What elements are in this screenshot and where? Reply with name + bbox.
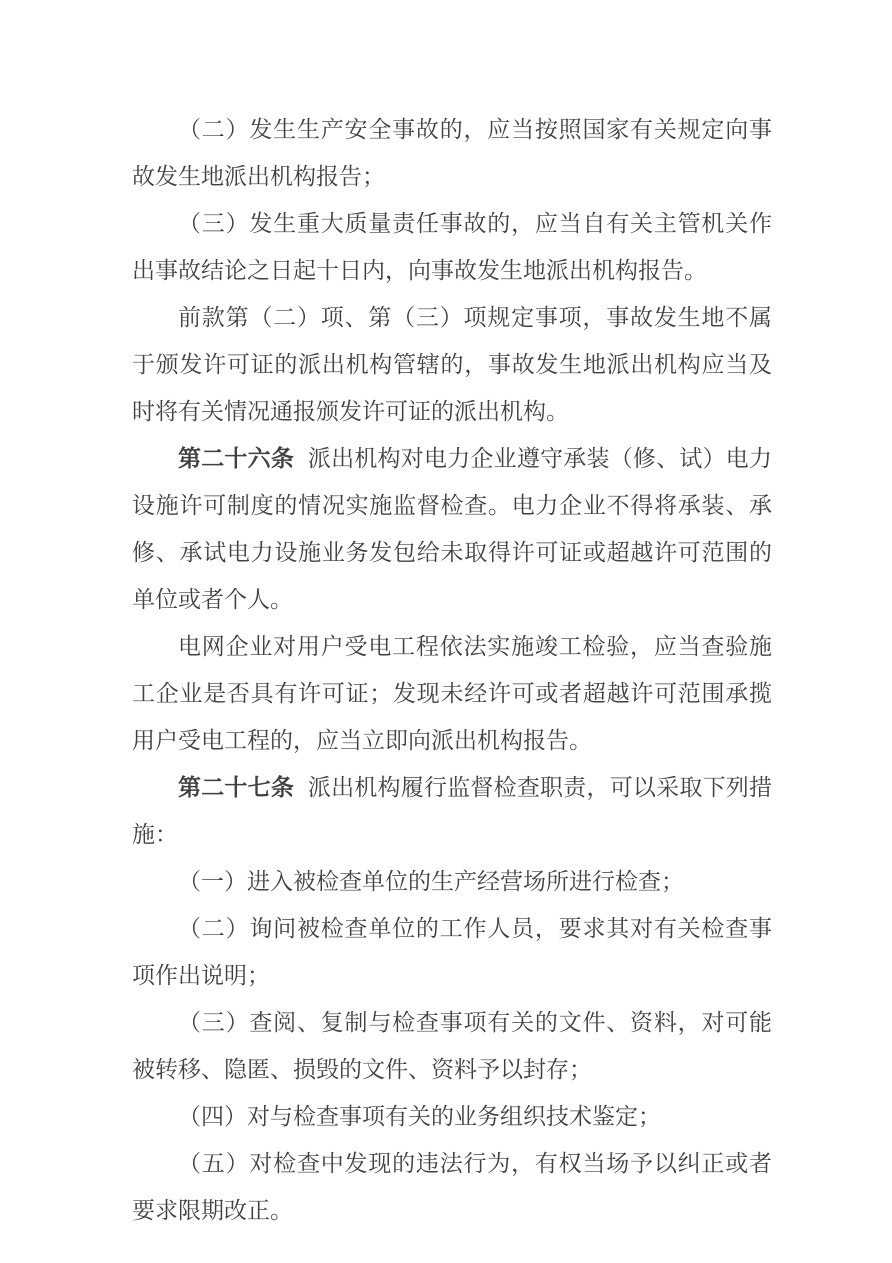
paragraph-item-2: （二）发生生产安全事故的，应当按照国家有关规定向事故发生地派出机构报告； — [132, 106, 772, 200]
paragraph-preceding-clause: 前款第（二）项、第（三）项规定事项，事故发生地不属于颁发许可证的派出机构管辖的，… — [132, 294, 772, 435]
paragraph-measure-1: （一）进入被检查单位的生产经营场所进行检查； — [132, 858, 772, 905]
article-27-number: 第二十七条 — [178, 775, 294, 800]
paragraph-grid-enterprise: 电网企业对用户受电工程依法实施竣工检验，应当查验施工企业是否具有许可证；发现未经… — [132, 623, 772, 764]
article-26-number: 第二十六条 — [178, 446, 294, 471]
paragraph-article-27: 第二十七条派出机构履行监督检查职责，可以采取下列措施： — [132, 764, 772, 858]
paragraph-measure-3: （三）查阅、复制与检查事项有关的文件、资料，对可能被转移、隐匿、损毁的文件、资料… — [132, 999, 772, 1093]
document-text-body: （二）发生生产安全事故的，应当按照国家有关规定向事故发生地派出机构报告； （三）… — [132, 106, 772, 1234]
paragraph-measure-2: （二）询问被检查单位的工作人员，要求其对有关检查事项作出说明； — [132, 905, 772, 999]
paragraph-measure-5: （五）对检查中发现的违法行为，有权当场予以纠正或者要求限期改正。 — [132, 1140, 772, 1234]
paragraph-item-3: （三）发生重大质量责任事故的，应当自有关主管机关作出事故结论之日起十日内，向事故… — [132, 200, 772, 294]
paragraph-article-26: 第二十六条派出机构对电力企业遵守承装（修、试）电力设施许可制度的情况实施监督检查… — [132, 435, 772, 623]
paragraph-measure-4: （四）对与检查事项有关的业务组织技术鉴定； — [132, 1093, 772, 1140]
document-page: （二）发生生产安全事故的，应当按照国家有关规定向事故发生地派出机构报告； （三）… — [0, 0, 892, 1263]
